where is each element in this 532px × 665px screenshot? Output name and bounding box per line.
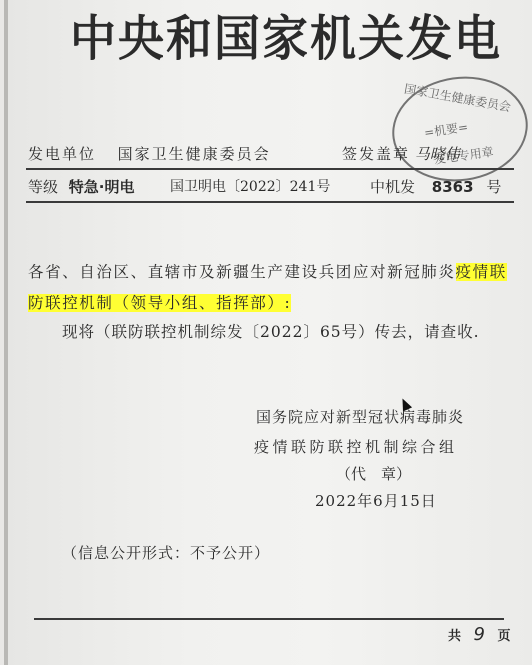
- document-page: 中央和国家机关发电 国家卫生健康委员会 =机要= 发电专用章 发电单位 国家卫生…: [4, 0, 532, 665]
- page-count: 共 9 页: [448, 624, 511, 645]
- official-seal: 国家卫生健康委员会 =机要= 发电专用章: [385, 68, 532, 190]
- level-label: 等级: [28, 178, 58, 196]
- highlighted-text: 防联控机制（领导小组、指挥部）:: [28, 294, 291, 312]
- recipient-line-2: 防联控机制（领导小组、指挥部）:: [28, 291, 291, 313]
- central-label: 中机发: [370, 178, 415, 196]
- page-count-value: 9: [474, 624, 485, 645]
- sign-stamp-note: （代 章）: [336, 463, 411, 484]
- footer-divider: [34, 618, 504, 620]
- sender-label: 发电单位: [28, 145, 96, 163]
- sign-date: 2022年6月15日: [315, 490, 437, 511]
- central-suffix: 号: [486, 178, 501, 196]
- seal-top-text: 国家卫生健康委员会: [403, 80, 512, 115]
- sign-org-line-1: 国务院应对新型冠状病毒肺炎: [256, 406, 464, 427]
- recipient-line-1: 各省、自治区、直辖市及新疆生产建设兵团应对新冠肺炎疫情联: [28, 260, 507, 282]
- doc-number: 国卫明电〔2022〕241号: [170, 176, 330, 196]
- highlighted-text: 疫情联: [456, 263, 507, 281]
- level-row: 等级 特急·明电: [28, 176, 135, 197]
- document-title: 中央和国家机关发电: [70, 0, 510, 69]
- central-number: 8363: [432, 178, 474, 196]
- page-count-prefix: 共: [448, 629, 461, 644]
- disclosure-note: （信息公开形式：不予公开）: [62, 542, 270, 563]
- signer-label: 签发盖章: [342, 145, 410, 163]
- content-line: 现将（联防联控机制综发〔2022〕65号）传去，请查收.: [62, 320, 480, 342]
- recipient-text: 各省、自治区、直辖市及新疆生产建设兵团应对新冠肺炎: [28, 263, 456, 281]
- page-edge: [4, 0, 8, 665]
- page-count-suffix: 页: [498, 629, 511, 644]
- sender-row: 发电单位 国家卫生健康委员会: [28, 143, 271, 164]
- seal-middle-text: =机要=: [423, 118, 469, 141]
- sign-org-line-2: 疫情联防联控机制综合组: [254, 436, 458, 457]
- central-row: 中机发 8363 号: [370, 176, 501, 197]
- signer-signature: 马晓伟: [415, 145, 460, 163]
- divider-2: [26, 201, 514, 203]
- signer-row: 签发盖章 马晓伟: [342, 143, 460, 164]
- sender-value: 国家卫生健康委员会: [118, 145, 271, 163]
- divider-1: [26, 168, 514, 170]
- level-value: 特急·明电: [69, 178, 135, 196]
